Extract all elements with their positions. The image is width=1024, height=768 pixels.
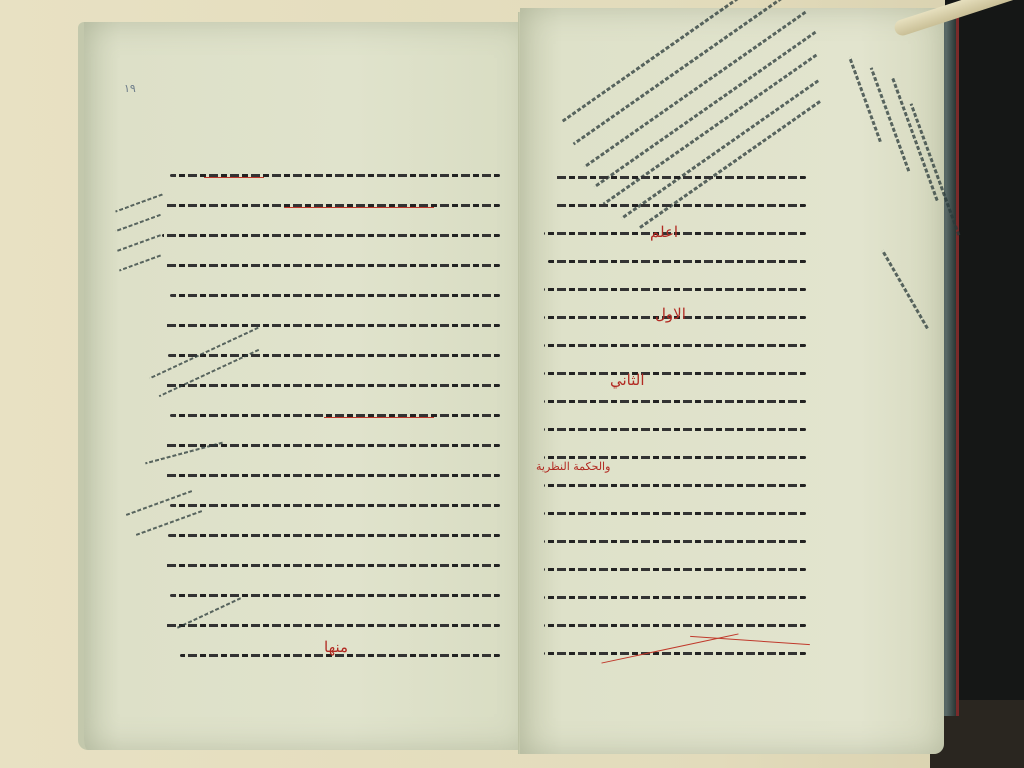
- rubric-right-4: والحكمة النظرية: [536, 460, 610, 473]
- left-page: ١٩ منها: [78, 22, 530, 750]
- rubric-right-1: اعلم: [650, 223, 678, 241]
- rubric-right-3: الثاني: [610, 371, 645, 389]
- rubric-right-2: الاول: [655, 305, 686, 323]
- right-page: اعلم الاول الثاني والحكمة النظرية: [520, 8, 944, 754]
- right-main-text: [536, 166, 806, 666]
- left-main-text: [160, 162, 500, 682]
- open-manuscript: ١٩ منها: [74, 8, 966, 756]
- rubric-left-1: منها: [324, 638, 348, 656]
- folio-mark: ١٩: [124, 82, 136, 95]
